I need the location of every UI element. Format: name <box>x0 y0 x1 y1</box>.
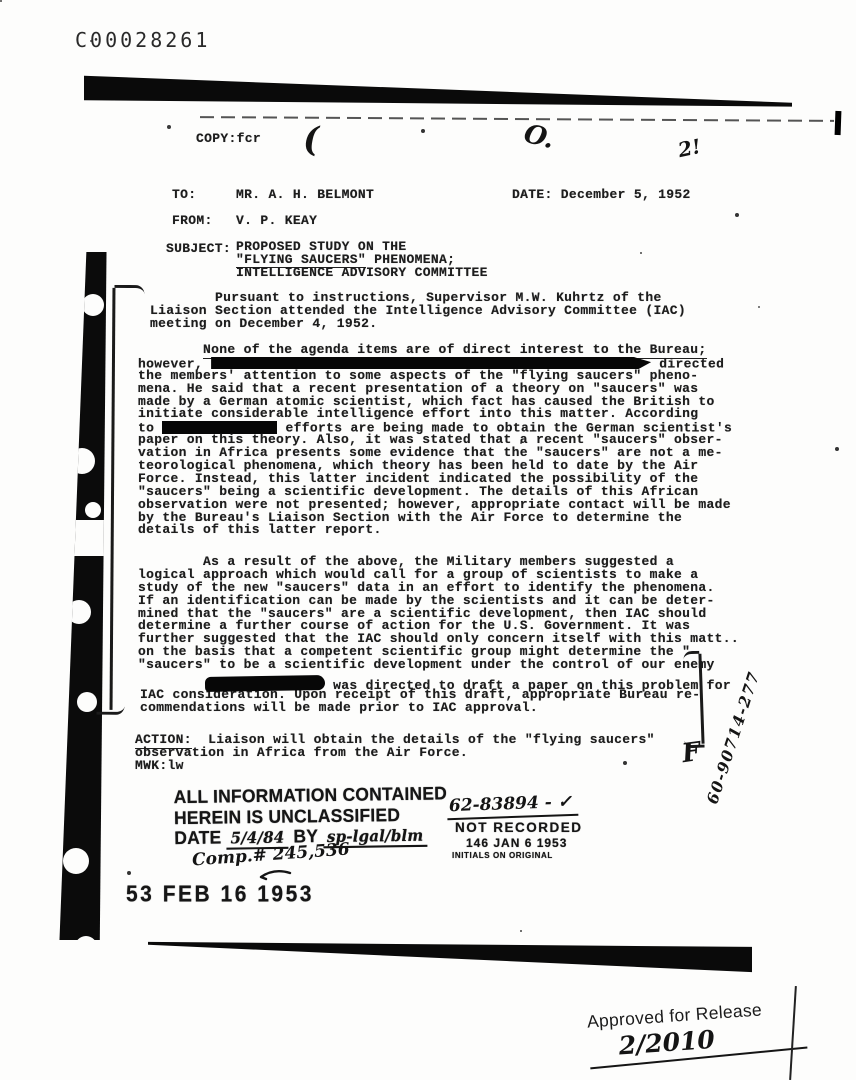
approved-for-release-block: Approved for Release 2/2010 <box>586 996 807 1066</box>
binder-hole <box>69 448 95 474</box>
text-segment <box>138 342 203 357</box>
redaction-bar <box>211 357 651 370</box>
margin-letter-f: F <box>680 737 702 769</box>
pen-mark-paren: ( <box>303 120 319 160</box>
date-label: DATE <box>174 827 221 849</box>
text-line: details of this latter report. <box>138 524 732 537</box>
pen-mark-scribble: 2! <box>676 134 703 162</box>
to-label: TO: <box>172 187 196 202</box>
binder-hole <box>77 692 97 712</box>
received-date-stamp: 53 FEB 16 1953 <box>126 882 314 908</box>
unclassified-stamp: ALL INFORMATION CONTAINED HEREIN IS UNCL… <box>174 784 448 850</box>
file-number-handwritten: 62-83894 - ✓ <box>447 792 579 821</box>
text-line: INTELLIGENCE ADVISORY COMMITTEE <box>236 267 488 280</box>
scan-noise-specks <box>0 0 2 2</box>
unclassified-stamp-line1: ALL INFORMATION CONTAINED <box>174 784 448 808</box>
not-recorded-date-stamp: 146 JAN 6 1953 <box>466 836 567 850</box>
binder-gap <box>55 520 111 556</box>
binder-hole <box>75 936 97 958</box>
paragraph-1: Pursuant to instructions, Supervisor M.W… <box>150 292 686 331</box>
paragraph-4: was directed to draft a paper on this pr… <box>140 676 731 715</box>
binder-hole <box>82 294 104 316</box>
text-line: observation in Africa from the Air Force… <box>135 747 655 760</box>
from-label: FROM: <box>172 213 213 228</box>
date-line: DATE: December 5, 1952 <box>512 187 691 202</box>
text-segment: observation in Africa from the Air Force… <box>135 745 468 760</box>
binder-edge-strip <box>55 252 111 940</box>
scan-artifact-dotted-line <box>200 116 834 122</box>
copy-line: COPY:fcr <box>196 131 261 146</box>
binder-hole <box>63 848 89 874</box>
text-segment: details of this latter report. <box>138 522 382 537</box>
text-line: initiate considerable intelligence effor… <box>138 408 732 421</box>
scan-artifact-top-bar <box>84 75 792 111</box>
pen-mark-o: O. <box>521 119 558 155</box>
redaction-bar <box>205 675 325 692</box>
to-value: MR. A. H. BELMONT <box>236 187 374 202</box>
subject-lines: PROPOSED STUDY ON THE"FLYING SAUCERS" PH… <box>236 241 488 280</box>
text-line: commendations will be made prior to IAC … <box>140 702 731 715</box>
initials-on-original-stamp: INITIALS ON ORIGINAL <box>452 851 553 860</box>
scan-artifact-edge-mark <box>835 111 842 135</box>
text-line: None of the agenda items are of direct i… <box>138 344 732 357</box>
text-segment: meeting on December 4, 1952. <box>150 316 377 331</box>
subject-label: SUBJECT: <box>166 241 231 256</box>
text-segment: INTELLIGENCE ADVISORY COMMITTEE <box>236 265 488 280</box>
text-segment: commendations will be made prior to IAC … <box>140 700 538 715</box>
text-segment: MWK:lw <box>135 758 184 773</box>
text-line: MWK:lw <box>135 760 655 773</box>
document-id: C00028261 <box>75 28 210 52</box>
text-segment: initiate considerable intelligence effor… <box>138 406 698 421</box>
text-line: "saucers" to be a scientific development… <box>138 659 739 672</box>
action-paragraph: ACTION: Liaison will obtain the details … <box>135 734 655 773</box>
scan-artifact-bottom-bar <box>148 939 752 975</box>
not-recorded-stamp: NOT RECORDED <box>455 820 583 835</box>
text-line: meeting on December 4, 1952. <box>150 318 686 331</box>
paragraph-2: None of the agenda items are of direct i… <box>138 344 732 537</box>
text-segment: "saucers" to be a scientific development… <box>138 657 715 672</box>
binder-hole <box>85 502 101 518</box>
scanned-memo-page: C00028261 ( O. 2! COPY:fcr TO: MR. A. H.… <box>0 0 856 1080</box>
paragraph-3: As a result of the above, the Military m… <box>138 556 739 672</box>
binder-hole <box>67 600 91 624</box>
from-value: V. P. KEAY <box>236 213 317 228</box>
